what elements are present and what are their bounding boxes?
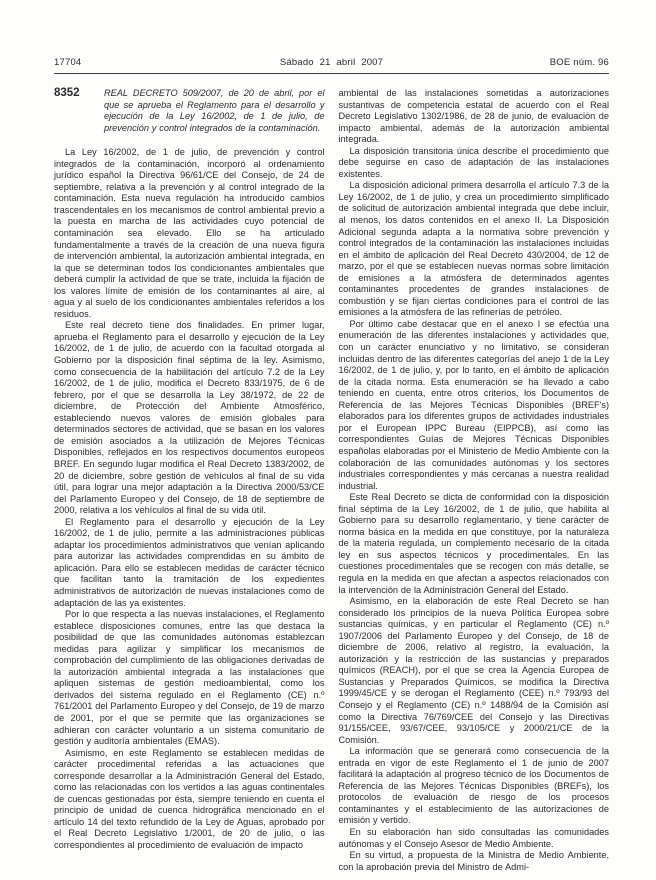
paragraph: En su virtud, a propuesta de la Ministra… <box>339 850 610 873</box>
paragraph: La Ley 16/2002, de 1 de julio, de preven… <box>54 147 325 320</box>
left-column-text: La Ley 16/2002, de 1 de julio, de preven… <box>54 147 325 851</box>
paragraph: Este real decreto tiene dos finalidades.… <box>54 320 325 516</box>
article-title: REAL DECRETO 509/2007, de 20 de abril, p… <box>104 88 325 134</box>
paragraph: La información que se generará como cons… <box>339 746 610 827</box>
paragraph: ambiental de las instalaciones sometidas… <box>339 88 610 146</box>
right-column: ambiental de las instalaciones sometidas… <box>339 88 610 873</box>
header-page-number: 17704 <box>54 57 217 68</box>
paragraph: La disposición adicional primera desarro… <box>339 180 610 319</box>
gazette-page: 17704 Sábado 21 abril 2007 BOE núm. 96 8… <box>0 0 656 880</box>
article-body: 8352 REAL DECRETO 509/2007, de 20 de abr… <box>54 88 609 873</box>
paragraph: En su elaboración han sido consultadas l… <box>339 827 610 850</box>
left-column: 8352 REAL DECRETO 509/2007, de 20 de abr… <box>54 88 325 873</box>
right-column-text: ambiental de las instalaciones sometidas… <box>339 88 610 873</box>
article-heading: 8352 REAL DECRETO 509/2007, de 20 de abr… <box>54 88 325 134</box>
article-number: 8352 <box>54 88 104 134</box>
paragraph: El Reglamento para el desarrollo y ejecu… <box>54 517 325 609</box>
paragraph: Asimismo, en este Reglamento se establec… <box>54 748 325 852</box>
paragraph: Por último cabe destacar que en el anexo… <box>339 319 610 492</box>
paragraph: Por lo que respecta a las nuevas instala… <box>54 609 325 748</box>
header-issue-number: BOE núm. 96 <box>446 57 609 68</box>
paragraph: La disposición transitoria única describ… <box>339 146 610 181</box>
paragraph: Este Real Decreto se dicta de conformida… <box>339 492 610 596</box>
page-header: 17704 Sábado 21 abril 2007 BOE núm. 96 <box>54 57 609 74</box>
paragraph: Asimismo, en la elaboración de este Real… <box>339 596 610 746</box>
header-date: Sábado 21 abril 2007 <box>217 57 446 68</box>
